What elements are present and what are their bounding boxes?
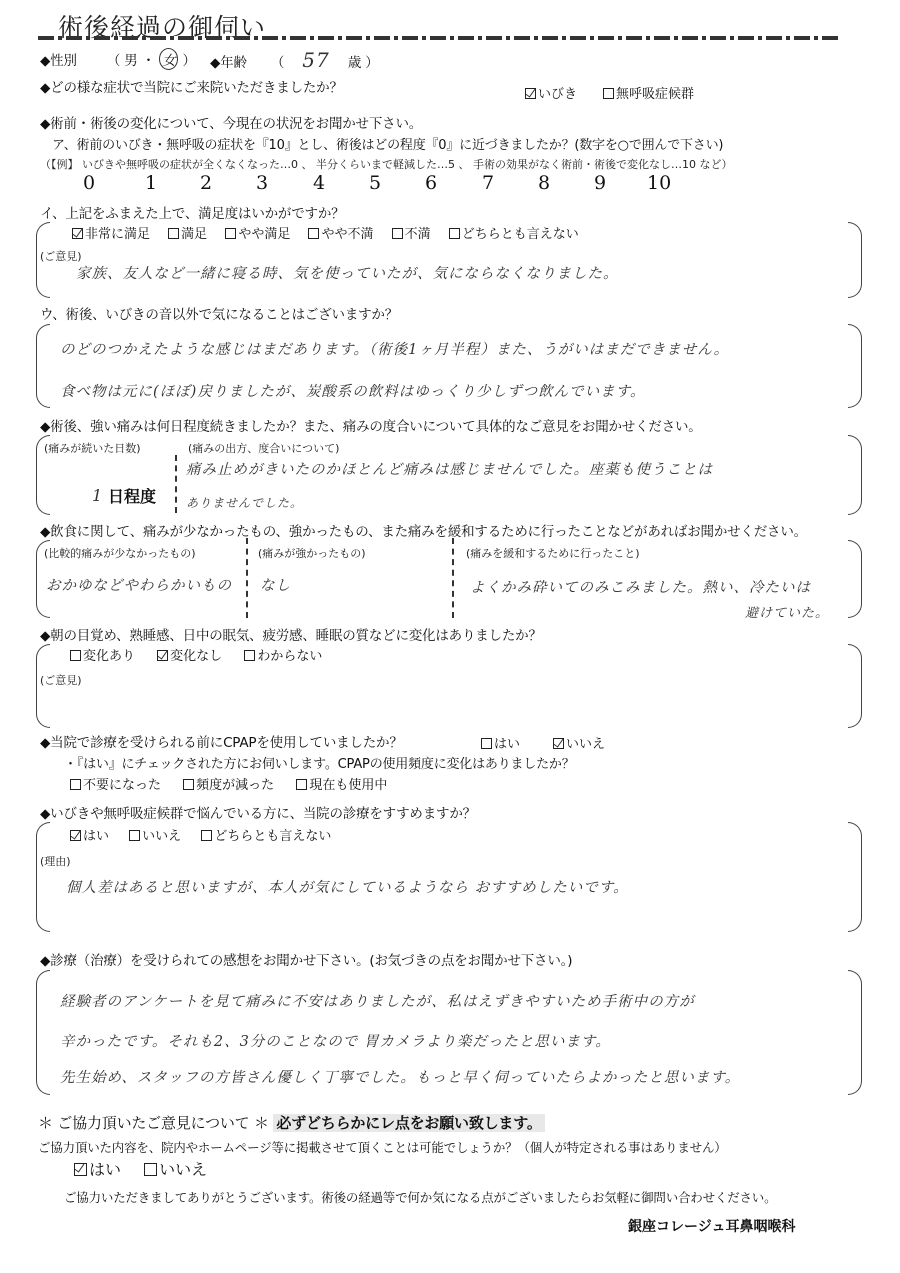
scale-6[interactable]: 6 — [425, 172, 437, 194]
checkbox[interactable] — [129, 830, 140, 841]
severity-scale: 0 1 2 3 4 5 6 7 8 9 10 — [0, 172, 900, 196]
pain-days-label: (痛みが続いた日数) — [44, 440, 141, 456]
satisfaction-option-dissatisfied[interactable]: 不満 — [392, 227, 431, 242]
food-relief-label: (痛みを緩和するために行ったこと) — [466, 545, 640, 561]
bracket-left — [36, 324, 50, 408]
other-concerns-question: ウ、術後、いびきの音以外で気になることはございますか？ — [40, 303, 398, 323]
checkbox-checked[interactable] — [553, 738, 564, 749]
sleep-option-no-change[interactable]: 変化なし — [157, 649, 222, 664]
checkbox-checked[interactable] — [70, 830, 81, 841]
other-concerns-line2[interactable]: 食べ物は元に(ほぼ)戻りましたが、炭酸系の飲料はゆっくり少しずつ飲んでいます。 — [60, 380, 646, 401]
food-less-pain-value[interactable]: おかゆなどやわらかいもの — [46, 574, 232, 595]
column-divider — [452, 538, 454, 618]
scale-8[interactable]: 8 — [538, 172, 550, 194]
satisfaction-option-very-satisfied[interactable]: 非常に満足 — [72, 227, 150, 242]
scale-3[interactable]: 3 — [256, 172, 268, 194]
thanks-message: ご協力いただきましてありがとうございます。術後の経過等で何か気になる点がございま… — [64, 1188, 776, 1206]
bracket-left — [36, 970, 50, 1095]
age-unit: 歳 — [348, 55, 361, 71]
checkbox[interactable] — [70, 650, 81, 661]
reason-label: (理由) — [40, 853, 71, 869]
cpap-option-less-frequent[interactable]: 頻度が減った — [183, 778, 274, 793]
impression-line2[interactable]: 辛かったです。それも2、3分のことなので 胃カメラより楽だったと思います。 — [60, 1030, 611, 1051]
recommend-option-yes[interactable]: はい — [70, 829, 109, 844]
bracket-right — [848, 644, 862, 728]
bracket-right — [848, 324, 862, 408]
checkbox[interactable] — [296, 779, 307, 790]
satisfaction-option-satisfied[interactable]: 満足 — [168, 227, 207, 242]
gender-label: ◆性別 — [40, 53, 77, 69]
checkbox[interactable] — [201, 830, 212, 841]
scale-1[interactable]: 1 — [145, 172, 157, 194]
checkbox[interactable] — [225, 228, 236, 239]
satisfaction-question: イ、上記をふまえた上で、満足度はいかがですか？ — [40, 202, 344, 222]
bracket-left — [36, 822, 50, 932]
recommend-reason[interactable]: 個人差はあると思いますが、本人が気にしているようなら おすすめしたいです。 — [66, 876, 629, 897]
checkbox[interactable] — [168, 228, 179, 239]
column-divider — [246, 538, 248, 618]
scale-7[interactable]: 7 — [482, 172, 494, 194]
satisfaction-option-neutral[interactable]: どちらとも言えない — [449, 227, 579, 242]
opinion-label: (ご意見) — [40, 672, 82, 688]
change-question: ◆術前・術後の変化について、今現在の状況をお聞かせ下さい。 — [40, 112, 422, 132]
bracket-right — [848, 435, 862, 515]
recommend-option-no[interactable]: いいえ — [129, 829, 181, 844]
checkbox-checked[interactable] — [157, 650, 168, 661]
consent-heading-prefix: ＊ ご協力頂いたご意見について ＊ — [38, 1114, 269, 1132]
recommend-options: はい いいえ どちらとも言えない — [70, 825, 331, 844]
gender-field: ◆性別 （ 男 ・ 女 ） — [40, 48, 196, 70]
checkbox[interactable] — [308, 228, 319, 239]
checkbox-checked[interactable] — [72, 228, 83, 239]
cpap-option-yes[interactable]: はい — [481, 733, 520, 752]
consent-heading: ＊ ご協力頂いたご意見について ＊ 必ずどちらかにレ点をお願い致します。 — [38, 1112, 545, 1133]
sleep-question: ◆朝の目覚め、熟睡感、日中の眠気、疲労感、睡眠の質などに変化はありましたか？ — [40, 624, 542, 644]
other-concerns-line1[interactable]: のどのつかえたような感じはまだあります。（術後1ヶ月半程）また、うがいはまだでき… — [60, 338, 729, 359]
change-example: （【例】 いびきや無呼吸の症状が全くなくなった…0 、 半分くらいまで軽減した…… — [40, 156, 732, 172]
checkbox-checked[interactable] — [74, 1163, 87, 1176]
checkbox[interactable] — [144, 1163, 157, 1176]
pain-question: ◆術後、強い痛みは何日程度続きましたか？また、痛みの度合いについて具体的なご意見… — [40, 415, 702, 435]
impression-line3[interactable]: 先生始め、スタッフの方皆さん優しく丁寧でした。もっと早く伺っていたらよかったと思… — [60, 1066, 740, 1087]
satisfaction-opinion[interactable]: 家族、友人など一緒に寝る時、気を使っていたが、気にならなくなりました。 — [76, 262, 619, 283]
bracket-right — [848, 540, 862, 618]
cpap-option-not-needed[interactable]: 不要になった — [70, 778, 161, 793]
checkbox-checked[interactable] — [525, 88, 536, 99]
checkbox[interactable] — [70, 779, 81, 790]
satisfaction-option-somewhat-dissatisfied[interactable]: やや不満 — [308, 227, 373, 242]
food-relief-line1[interactable]: よくかみ砕いてのみこみました。熱い、冷たいは — [470, 576, 811, 597]
satisfaction-options: 非常に満足 満足 やや満足 やや不満 不満 どちらとも言えない — [72, 223, 579, 242]
checkbox[interactable] — [481, 738, 492, 749]
checkbox[interactable] — [449, 228, 460, 239]
column-divider — [175, 455, 177, 513]
bracket-right — [848, 970, 862, 1095]
cpap-followup-question: ・『はい』にチェックされた方にお伺いします。CPAPの使用頻度に変化はありました… — [64, 753, 575, 772]
impression-question: ◆診療（治療）を受けられての感想をお聞かせ下さい。(お気づきの点をお聞かせ下さい… — [40, 949, 572, 969]
change-sub-a: ア、術前のいびき・無呼吸の症状を『10』とし、術後はどの程度『0』に近づきました… — [52, 134, 723, 153]
sleep-options: 変化あり 変化なし わからない — [70, 645, 322, 664]
checkbox[interactable] — [183, 779, 194, 790]
scale-10[interactable]: 10 — [647, 172, 671, 194]
food-less-pain-label: (比較的痛みが少なかったもの) — [44, 545, 196, 561]
bracket-right — [848, 822, 862, 932]
bracket-right — [848, 222, 862, 298]
cpap-option-still-using[interactable]: 現在も使用中 — [296, 778, 387, 793]
title-divider — [38, 36, 838, 40]
symptom-option-apnea[interactable]: 無呼吸症候群 — [603, 83, 694, 102]
gender-male-option[interactable]: 男 — [124, 53, 137, 69]
impression-line1[interactable]: 経験者のアンケートを見て痛みに不安はありましたが、私はえずきやすいため手術中の方… — [60, 990, 695, 1011]
pain-days-unit: 日程度 — [108, 484, 156, 507]
cpap-option-no[interactable]: いいえ — [553, 733, 605, 752]
recommend-option-neutral[interactable]: どちらとも言えない — [201, 829, 331, 844]
cpap-question: ◆当院で診療を受けられる前にCPAPを使用していましたか？ — [40, 731, 403, 751]
food-strong-pain-label: (痛みが強かったもの) — [258, 545, 366, 561]
food-question: ◆飲食に関して、痛みが少なかったもの、強かったもの、また痛みを緩和するために行っ… — [40, 520, 807, 540]
cpap-followup-options: 不要になった 頻度が減った 現在も使用中 — [70, 774, 387, 793]
gender-female-option[interactable]: 女 — [159, 48, 178, 70]
recommend-question: ◆いびきや無呼吸症候群で悩んでいる方に、当院の診療をすすめますか？ — [40, 802, 476, 822]
scale-9[interactable]: 9 — [594, 172, 606, 194]
age-label: ◆年齢 — [210, 55, 247, 71]
consent-heading-emphasis: 必ずどちらかにレ点をお願い致します。 — [273, 1114, 544, 1132]
scale-2[interactable]: 2 — [200, 172, 212, 194]
symptom-option-snoring[interactable]: いびき — [525, 83, 577, 102]
scale-0[interactable]: 0 — [83, 172, 95, 194]
checkbox[interactable] — [603, 88, 614, 99]
pain-degree-line2[interactable]: ありませんでした。 — [186, 494, 303, 511]
sleep-option-unknown[interactable]: わからない — [244, 649, 322, 664]
symptoms-question: ◆どの様な症状で当院にご来院いただきましたか？ — [40, 76, 343, 96]
clinic-name: 銀座コレージュ耳鼻咽喉科 — [628, 1216, 795, 1236]
food-strong-pain-value[interactable]: なし — [260, 574, 291, 595]
satisfaction-option-somewhat-satisfied[interactable]: やや満足 — [225, 227, 290, 242]
pain-degree-line1[interactable]: 痛み止めがきいたのかほとんど痛みは感じませんでした。座薬も使うことは — [186, 458, 713, 479]
consent-option-yes[interactable]: はい — [74, 1160, 121, 1179]
checkbox[interactable] — [392, 228, 403, 239]
age-field: ◆年齢 （ 57 歳 ） — [210, 48, 379, 72]
age-value[interactable]: 57 — [302, 48, 329, 72]
pain-days-value[interactable]: 1 — [92, 486, 103, 505]
consent-options: はい いいえ — [74, 1157, 207, 1180]
checkbox[interactable] — [244, 650, 255, 661]
sleep-option-changed[interactable]: 変化あり — [70, 649, 135, 664]
consent-question: ご協力頂いた内容を、院内やホームページ等に掲載させて頂くことは可能でしょうか？（… — [38, 1138, 727, 1156]
food-relief-line2[interactable]: 避けていた。 — [745, 602, 829, 621]
consent-option-no[interactable]: いいえ — [144, 1160, 207, 1179]
scale-4[interactable]: 4 — [313, 172, 325, 194]
pain-degree-label: (痛みの出方、度合いについて) — [188, 440, 339, 456]
scale-5[interactable]: 5 — [369, 172, 381, 194]
